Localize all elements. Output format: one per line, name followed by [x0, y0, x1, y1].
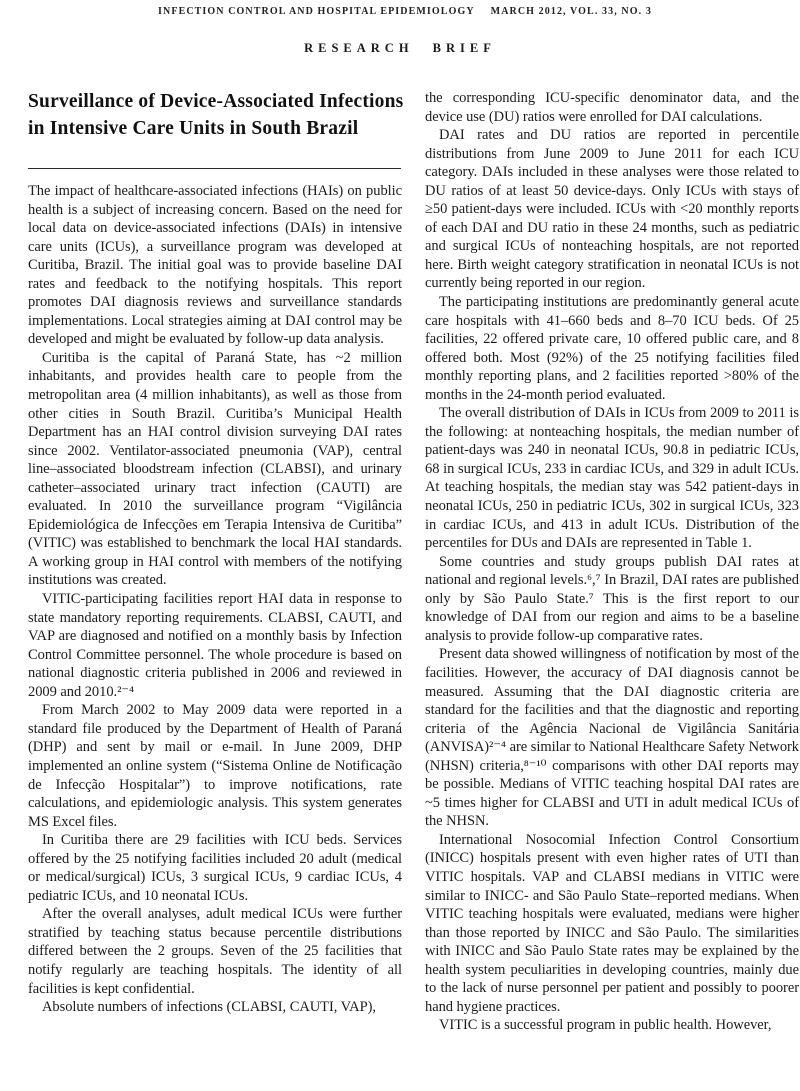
paragraph: The impact of healthcare-associated infe… [28, 182, 402, 349]
paragraph: Absolute numbers of infections (CLABSI, … [28, 998, 402, 1017]
paragraph: From March 2002 to May 2009 data were re… [28, 701, 402, 831]
paragraph: DAI rates and DU ratios are reported in … [425, 126, 799, 293]
paragraph: Some countries and study groups publish … [425, 553, 799, 646]
article-body: Surveillance of Device-Associated Infect… [28, 89, 800, 1035]
right-column-text: the corresponding ICU-specific denominat… [425, 89, 799, 1035]
left-column: Surveillance of Device-Associated Infect… [28, 89, 402, 1035]
issue-info: MARCH 2012, VOL. 33, NO. 3 [491, 6, 652, 17]
section-heading: RESEARCH BRIEF [0, 41, 800, 56]
journal-page: INFECTION CONTROL AND HOSPITAL EPIDEMIOL… [0, 0, 800, 1091]
left-column-text: The impact of healthcare-associated infe… [28, 182, 402, 1017]
article-title-line1: Surveillance of Device-Associated Infect… [28, 89, 402, 116]
paragraph: The participating institutions are predo… [425, 293, 799, 404]
paragraph: The overall distribution of DAIs in ICUs… [425, 404, 799, 552]
paragraph: Present data showed willingness of notif… [425, 645, 799, 830]
right-column: the corresponding ICU-specific denominat… [425, 89, 799, 1035]
journal-title: INFECTION CONTROL AND HOSPITAL EPIDEMIOL… [158, 6, 475, 17]
paragraph: After the overall analyses, adult medica… [28, 905, 402, 998]
paragraph: International Nosocomial Infection Contr… [425, 831, 799, 1016]
paragraph: the corresponding ICU-specific denominat… [425, 89, 799, 126]
article-title: Surveillance of Device-Associated Infect… [28, 89, 402, 142]
article-title-line2: in Intensive Care Units in South Brazil [28, 116, 402, 143]
paragraph: In Curitiba there are 29 facilities with… [28, 831, 402, 905]
paragraph: VITIC-participating facilities report HA… [28, 590, 402, 701]
paragraph: Curitiba is the capital of Paraná State,… [28, 349, 402, 590]
title-divider [28, 168, 401, 169]
paragraph: VITIC is a successful program in public … [425, 1016, 799, 1035]
running-head: INFECTION CONTROL AND HOSPITAL EPIDEMIOL… [0, 0, 800, 18]
